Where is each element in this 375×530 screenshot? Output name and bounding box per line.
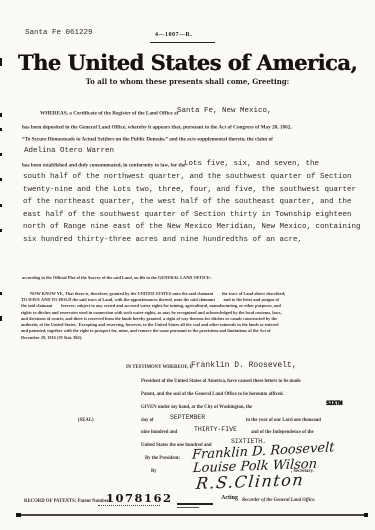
testimony-lead: IN TESTIMONY WHEREOF, I, xyxy=(126,364,192,369)
president-name-typed: Franklin D. Roosevelt, xyxy=(191,361,297,370)
year-value: THIRTY-FIVE xyxy=(194,426,237,433)
record-of-patents-label: RECORD OF PATENTS: Patent Number xyxy=(24,498,109,503)
signature-line xyxy=(177,507,199,508)
acting-label: Acting xyxy=(221,495,238,501)
given-line: GIVEN under my hand, at the City of Wash… xyxy=(141,404,252,409)
day-stamp: SIXTH xyxy=(326,400,342,407)
scan-artifact xyxy=(0,113,2,117)
independence-lead: and of the Independence of the xyxy=(251,429,314,434)
by-president-label: By the President: xyxy=(145,455,180,460)
grant-paragraph-line: authority of the United States. Exceptin… xyxy=(21,322,278,327)
land-description-line: of the northeast quarter, the west half … xyxy=(23,198,352,206)
patent-number-dotted-line xyxy=(98,497,160,506)
serial-number: Santa Fe 061229 xyxy=(25,29,93,37)
land-patent-document: Santa Fe 061229 4—1007—R. The United Sta… xyxy=(0,0,375,530)
scan-artifact xyxy=(0,204,2,207)
by-label: By xyxy=(151,468,157,473)
land-description-line: east half of the southwest quarter of Se… xyxy=(23,211,352,219)
established-lead: has been established and duly consummate… xyxy=(22,162,185,168)
plat-line: according to the Official Plat of the Su… xyxy=(22,275,211,280)
grant-paragraph-line: the said claimant forever; subject to an… xyxy=(21,303,281,308)
land-description-line: north of Range nine east of the New Mexi… xyxy=(23,223,361,231)
scan-artifact xyxy=(0,229,2,232)
grant-paragraph-line: December 29, 1916 (39 Stat. 862). xyxy=(21,335,82,340)
scan-artifact xyxy=(364,513,368,517)
scan-artifact xyxy=(0,292,2,295)
form-number-underline xyxy=(150,42,215,43)
scan-artifact xyxy=(0,128,2,131)
testimony-line-2: President of the United States of Americ… xyxy=(141,378,301,383)
seal-label: (SEAL) xyxy=(78,417,94,422)
scan-artifact xyxy=(0,153,2,156)
land-office-value: Santa Fe, New Mexico, xyxy=(177,107,272,115)
recorder-signature: R.S.Clinton xyxy=(195,470,305,493)
grant-paragraph-line: NOW KNOW YE, That there is, therefore, g… xyxy=(30,291,285,296)
testimony-line-3: Patent, and the seal of the General Land… xyxy=(141,391,284,396)
whereas-lead: WHEREAS, a Certificate of the Register o… xyxy=(40,110,178,116)
grant-paragraph-line: rights to ditches and reservoirs used in… xyxy=(21,310,282,315)
day-of-label: day of xyxy=(141,417,154,422)
scan-artifact xyxy=(0,316,2,321)
land-description-line: south half of the northwest quarter, and… xyxy=(23,173,352,181)
scan-artifact xyxy=(0,178,2,181)
land-description-line: Lots five, six, and seven, the xyxy=(184,160,319,168)
claimant-name: Adelina Otero Warren xyxy=(24,147,114,155)
land-description-line: six hundred thirty-three acres and nine … xyxy=(23,236,302,244)
bottom-scan-line xyxy=(16,514,368,516)
greeting-line: To all to whom these presents shall come… xyxy=(0,77,375,86)
document-title: The United States of America, xyxy=(0,50,375,75)
whereas-line-2: has been deposited in the General Land O… xyxy=(22,124,292,130)
year-mid: nine hundred and xyxy=(141,429,177,434)
month-value: SEPTEMBER xyxy=(170,414,205,421)
grant-paragraph-line: and decisions of courts; and there is re… xyxy=(21,316,277,321)
whereas-line-3: “To Secure Homesteads to Actual Settlers… xyxy=(22,136,273,142)
year-lead: in the year of our Lord one thousand xyxy=(246,417,321,422)
grant-paragraph-line: and patented, together with the right to… xyxy=(21,328,271,333)
scan-artifact xyxy=(16,513,21,517)
grant-paragraph-line: TO HAVE AND TO HOLD the said tract of La… xyxy=(21,297,279,302)
land-description-line: twenty-nine and the Lots two, three, fou… xyxy=(23,186,356,194)
recorder-title: Recorder of the General Land Office. xyxy=(242,497,316,502)
signature-line xyxy=(177,503,213,505)
form-number: 4—1007—R. xyxy=(155,32,192,38)
